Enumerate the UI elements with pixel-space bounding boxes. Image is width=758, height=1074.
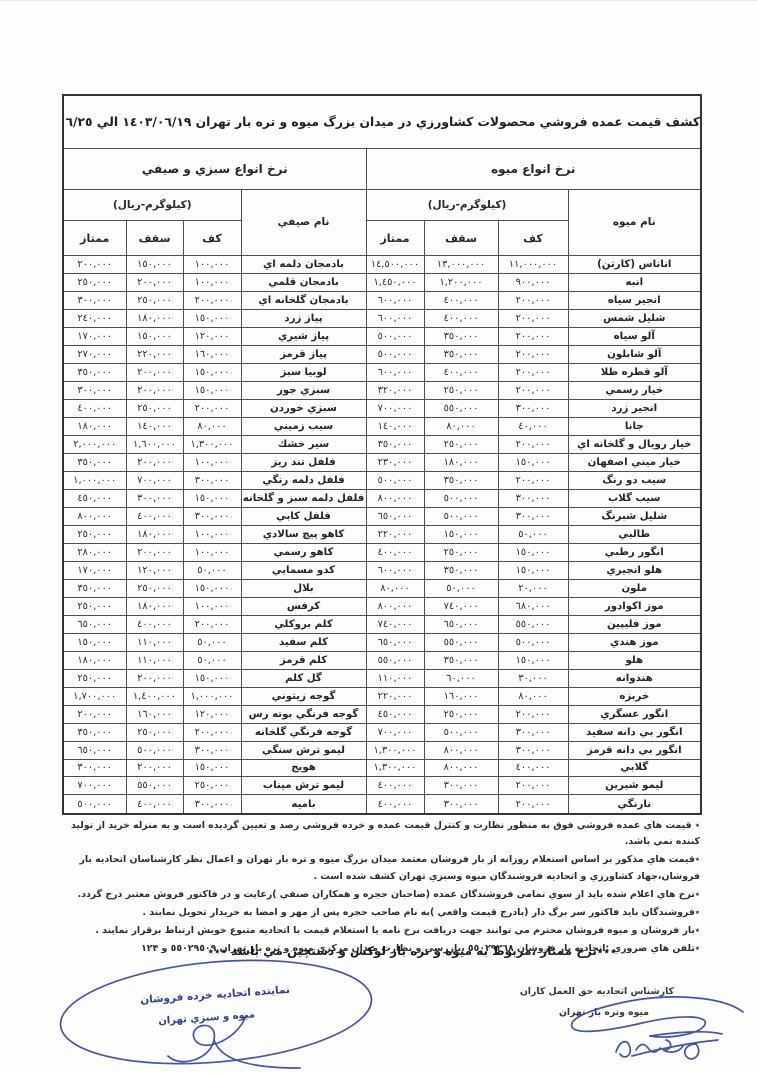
veg-ceiling-cell: ١٥٠,٠٠٠ — [126, 255, 183, 273]
price-row: آلو سياه٢٠٠,٠٠٠٣٥٠,٠٠٠٥٠٠,٠٠٠پياز شيري١٢… — [63, 327, 701, 345]
veg-premium-cell: ٣٥٠,٠٠٠ — [63, 453, 126, 471]
fruit-name-cell: جانا — [568, 417, 701, 435]
fruit-name-cell: موز اكوادور — [568, 597, 701, 615]
veg-name-cell: گوجه زيتوني — [241, 687, 366, 705]
fruit-ceiling-cell: ٥٠٠,٠٠٠ — [424, 507, 498, 525]
fruit-ceiling-cell: ٥٥٠,٠٠٠ — [424, 633, 498, 651]
fruit-name-cell: انگور بي دانه قرمز — [568, 741, 701, 759]
veg-ceiling-cell: ٧٠٠,٠٠٠ — [126, 471, 183, 489]
fruit-premium-cell: ٤٠٠,٠٠٠ — [366, 543, 424, 561]
fruit-name-cell: انگور رطبي — [568, 543, 701, 561]
fruit-name-cell: ليمو شيرين — [568, 777, 701, 795]
veg-ceiling-cell: ٢٠٠,٠٠٠ — [126, 381, 183, 399]
left-union-stamp: نماينده اتحاديه خرده فروشان ميوه و سبزي … — [48, 956, 384, 1074]
fruit-ceiling-cell: ٨٠٠,٠٠٠ — [424, 759, 498, 777]
veg-name-cell: بادمجان دلمه اي — [241, 255, 366, 273]
veg-premium-cell: ٢٤٠,٠٠٠ — [63, 309, 126, 327]
fruit-premium-cell: ١,٤٥٠,٠٠٠ — [366, 273, 424, 291]
veg-floor-cell: ١٦٠,٠٠٠ — [183, 345, 241, 363]
fruit-ceiling-cell: ٦٠,٠٠٠ — [424, 669, 498, 687]
fruit-floor-cell: ٥٥٠,٠٠٠ — [498, 615, 568, 633]
fruit-unit-label: (كيلوگرم-ريال) — [366, 189, 568, 220]
veg-floor-cell: ٥٠,٠٠٠ — [183, 651, 241, 669]
veg-ceiling-cell: ٢٥٠,٠٠٠ — [126, 399, 183, 417]
veg-premium-cell: ١٨٠,٠٠٠ — [63, 651, 126, 669]
veg-premium-cell: ٨٠٠,٠٠٠ — [63, 507, 126, 525]
veg-ceiling-cell: ٣٠٠,٠٠٠ — [126, 489, 183, 507]
fruit-ceiling-cell: ١٦٠,٠٠٠ — [424, 687, 498, 705]
fruit-premium-cell: ٦٠٠,٠٠٠ — [366, 309, 424, 327]
veg-floor-cell: ١٠٠,٠٠٠ — [183, 525, 241, 543]
fruit-name-cell: گلابي — [568, 759, 701, 777]
fruit-floor-cell: ٩٠٠,٠٠٠ — [498, 273, 568, 291]
fruit-floor-cell: ٣٠٠,٠٠٠ — [498, 489, 568, 507]
price-row: سيب گلاب٣٠٠,٠٠٠٥٠٠,٠٠٠٨٠٠,٠٠٠فلفل دلمه س… — [63, 489, 701, 507]
fruit-name-cell: هلو انجيري — [568, 561, 701, 579]
veg-premium-cell: ١,٠٠٠,٠٠٠ — [63, 471, 126, 489]
fruit-premium-cell: ٧٤٠,٠٠٠ — [366, 615, 424, 633]
fruit-ceiling-cell: ٣٥٠,٠٠٠ — [424, 651, 498, 669]
fruit-floor-cell: ٥٠,٠٠٠ — [498, 525, 568, 543]
fruit-floor-cell: ٢٠٠,٠٠٠ — [498, 327, 568, 345]
fruit-ceiling-cell: ٤٠٠,٠٠٠ — [424, 363, 498, 381]
fruit-ceiling-cell: ١٥٠,٠٠٠ — [424, 525, 498, 543]
price-row: آلو قطره طلا٢٠٠,٠٠٠٤٠٠,٠٠٠٦٠٠,٠٠٠لوبيا س… — [63, 363, 701, 381]
fruit-floor-cell: ٣٠٠,٠٠٠ — [498, 723, 568, 741]
footer-notes: ٭ قيمت هاي عمده فروشي فوق به منظور نظارت… — [56, 818, 700, 959]
veg-ceiling-cell: ١٦٠,٠٠٠ — [126, 705, 183, 723]
veg-premium-cell: ٦٥٠,٠٠٠ — [63, 615, 126, 633]
veg-floor-cell: ١٥٠,٠٠٠ — [183, 759, 241, 777]
fruit-ceiling-cell: ٨٠٠,٠٠٠ — [424, 741, 498, 759]
fruit-floor-cell: ٣٠٠,٠٠٠ — [498, 399, 568, 417]
fruit-name-header: نام ميوه — [568, 189, 701, 255]
fruit-ceiling-cell: ٢٥٠,٠٠٠ — [424, 543, 498, 561]
veg-floor-cell: ٢٠٠,٠٠٠ — [183, 399, 241, 417]
price-row: خيار رسمي٢٠٠,٠٠٠٢٥٠,٠٠٠٣٢٠,٠٠٠سبزي جور١٥… — [63, 381, 701, 399]
veg-ceiling-cell: ٢٠٠,٠٠٠ — [126, 669, 183, 687]
document-title: كشف قيمت عمده فروشي محصولات كشاورزي در م… — [63, 95, 701, 149]
veg-name-cell: بلال — [241, 579, 366, 597]
fruit-name-cell: آلو قطره طلا — [568, 363, 701, 381]
price-row: نارنگي٢٠٠,٠٠٠٣٠٠,٠٠٠٤٠٠,٠٠٠باميه٣٠٠,٠٠٠٤… — [63, 795, 701, 814]
fruit-ceiling-header: سقف — [424, 221, 498, 256]
veg-name-cell: ليمو ترش سنگي — [241, 741, 366, 759]
price-row: هلو١٥٠,٠٠٠٣٥٠,٠٠٠٥٥٠,٠٠٠كلم قرمز٥٠,٠٠٠١١… — [63, 651, 701, 669]
veg-name-cell: سيب زميني — [241, 417, 366, 435]
veg-floor-cell: ٥٠,٠٠٠ — [183, 633, 241, 651]
veg-ceiling-cell: ١٥٠,٠٠٠ — [126, 327, 183, 345]
price-row: جانا٤٠,٠٠٠٨٠,٠٠٠١٤٠,٠٠٠سيب زميني٨٠,٠٠٠١٤… — [63, 417, 701, 435]
fruit-name-cell: خيار رسمي — [568, 381, 701, 399]
veg-section-header: نرخ انواع سبزي و صيفي — [63, 149, 366, 189]
veg-ceiling-cell: ٢٠٠,٠٠٠ — [126, 273, 183, 291]
veg-ceiling-cell: ١١٠,٠٠٠ — [126, 651, 183, 669]
fruit-floor-cell: ١٥٠,٠٠٠ — [498, 543, 568, 561]
fruit-premium-cell: ١٤,٥٠٠,٠٠٠ — [366, 255, 424, 273]
fruit-premium-cell: ١,٣٠٠,٠٠٠ — [366, 759, 424, 777]
fruit-ceiling-cell: ١٨٠,٠٠٠ — [424, 453, 498, 471]
fruit-floor-cell: ١٥٠,٠٠٠ — [498, 561, 568, 579]
fruit-floor-cell: ٦٨٠,٠٠٠ — [498, 597, 568, 615]
veg-floor-header: كف — [183, 221, 241, 256]
veg-name-cell: فلفل دلمه رنگي — [241, 471, 366, 489]
fruit-floor-cell: ٢٠٠,٠٠٠ — [498, 345, 568, 363]
fruit-ceiling-cell: ٤٠٠,٠٠٠ — [424, 309, 498, 327]
veg-floor-cell: ٢٥٠,٠٠٠ — [183, 777, 241, 795]
veg-ceiling-cell: ٥٠٠,٠٠٠ — [126, 741, 183, 759]
fruit-name-cell: موز هندي — [568, 633, 701, 651]
veg-name-cell: بادمجان گلخانه اي — [241, 291, 366, 309]
scanned-price-sheet: كشف قيمت عمده فروشي محصولات كشاورزي در م… — [0, 0, 758, 1074]
fruit-premium-cell: ٤٥٠,٠٠٠ — [366, 705, 424, 723]
fruit-ceiling-cell: ٢٥٠,٠٠٠ — [424, 705, 498, 723]
stamp-text-line1: نماينده اتحاديه خرده فروشان — [140, 984, 291, 1006]
veg-premium-cell: ١٨٠,٠٠٠ — [63, 417, 126, 435]
fruit-floor-cell: ٨٠,٠٠٠ — [498, 687, 568, 705]
price-row: هندوانه٣٠,٠٠٠٦٠,٠٠٠١١٠,٠٠٠گل كلم١٥٠,٠٠٠٢… — [63, 669, 701, 687]
veg-name-cell: كلم قرمز — [241, 651, 366, 669]
veg-floor-cell: ١٥٠,٠٠٠ — [183, 669, 241, 687]
veg-unit-label: (كيلوگرم-ريال) — [63, 189, 241, 220]
veg-floor-cell: ١٠٠,٠٠٠ — [183, 543, 241, 561]
fruit-name-cell: شليل شمس — [568, 309, 701, 327]
fruit-name-cell: انگور بي دانه سفيد — [568, 723, 701, 741]
veg-premium-cell: ٣٥٠,٠٠٠ — [63, 579, 126, 597]
veg-name-cell: كاهو رسمي — [241, 543, 366, 561]
price-row: موز فليپين٥٥٠,٠٠٠٦٥٠,٠٠٠٧٤٠,٠٠٠كلم بروكل… — [63, 615, 701, 633]
fruit-premium-cell: ٨٠,٠٠٠ — [366, 579, 424, 597]
veg-name-cell: كرفس — [241, 597, 366, 615]
fruit-floor-cell: ٢٠٠,٠٠٠ — [498, 309, 568, 327]
scan-edge-artifact — [0, 0, 758, 1]
veg-ceiling-cell: ٢٥٠,٠٠٠ — [126, 723, 183, 741]
fruit-ceiling-cell: ٦٥٠,٠٠٠ — [424, 615, 498, 633]
fruit-name-cell: سيب گلاب — [568, 489, 701, 507]
price-table: كشف قيمت عمده فروشي محصولات كشاورزي در م… — [62, 94, 702, 815]
note: ٭ قيمت هاي عمده فروشي فوق به منظور نظارت… — [56, 818, 700, 850]
fruit-name-cell: انجير زرد — [568, 399, 701, 417]
veg-name-header: نام صيفي — [241, 189, 366, 255]
price-row: انجير سياه٢٠٠,٠٠٠٤٠٠,٠٠٠٦٠٠,٠٠٠بادمجان گ… — [63, 291, 701, 309]
veg-floor-cell: ١٥٠,٠٠٠ — [183, 381, 241, 399]
fruit-premium-cell: ٣٢٠,٠٠٠ — [366, 381, 424, 399]
veg-premium-header: ممتاز — [63, 221, 126, 256]
right-signature-scribble — [546, 990, 758, 1074]
fruit-floor-cell: ٢٠٠,٠٠٠ — [498, 795, 568, 814]
fruit-name-cell: نارنگي — [568, 795, 701, 814]
veg-ceiling-cell: ٢٠٠,٠٠٠ — [126, 759, 183, 777]
veg-premium-cell: ٢٥٠,٠٠٠ — [63, 273, 126, 291]
veg-name-cell: لوبيا سبز — [241, 363, 366, 381]
fruit-ceiling-cell: ٣٥٠,٠٠٠ — [424, 345, 498, 363]
veg-premium-cell: ٤٥٠,٠٠٠ — [63, 489, 126, 507]
veg-name-cell: فلفل تند ريز — [241, 453, 366, 471]
veg-floor-cell: ١٠٠,٠٠٠ — [183, 453, 241, 471]
veg-ceiling-cell: ١١٠,٠٠٠ — [126, 633, 183, 651]
fruit-ceiling-cell: ٧٤٠,٠٠٠ — [424, 597, 498, 615]
fruit-name-cell: انبه — [568, 273, 701, 291]
veg-name-cell: گوجه فرنگي بوته رس — [241, 705, 366, 723]
veg-ceiling-cell: ٢٠٠,٠٠٠ — [126, 543, 183, 561]
fruit-premium-cell: ٢٢٠,٠٠٠ — [366, 687, 424, 705]
fruit-name-cell: خيار رويال و گلخانه اي — [568, 435, 701, 453]
veg-floor-cell: ٢٠٠,٠٠٠ — [183, 723, 241, 741]
fruit-premium-cell: ٧٠٠,٠٠٠ — [366, 399, 424, 417]
veg-ceiling-cell: ١,٤٠٠,٠٠٠ — [126, 687, 183, 705]
price-row: آلو شابلون٢٠٠,٠٠٠٣٥٠,٠٠٠٥٠٠,٠٠٠پياز قرمز… — [63, 345, 701, 363]
veg-premium-cell: ١٧٠,٠٠٠ — [63, 561, 126, 579]
veg-ceiling-cell: ١,٦٠٠,٠٠٠ — [126, 435, 183, 453]
fruit-premium-cell: ٤٠٠,٠٠٠ — [366, 795, 424, 814]
veg-name-cell: بادمجان قلمي — [241, 273, 366, 291]
fruit-floor-cell: ٢٠٠,٠٠٠ — [498, 471, 568, 489]
price-row: انگور بي دانه سفيد٣٠٠,٠٠٠٥٠٠,٠٠٠٧٠٠,٠٠٠گ… — [63, 723, 701, 741]
veg-name-cell: سبزي جور — [241, 381, 366, 399]
veg-premium-cell: ١,٧٠٠,٠٠٠ — [63, 687, 126, 705]
veg-name-cell: ليمو ترش ميناب — [241, 777, 366, 795]
veg-ceiling-cell: ٤٠٠,٠٠٠ — [126, 507, 183, 525]
fruit-premium-cell: ٨٠٠,٠٠٠ — [366, 597, 424, 615]
price-row: سيب دو رنگ٢٠٠,٠٠٠٣٥٠,٠٠٠٥٠٠,٠٠٠فلفل دلمه… — [63, 471, 701, 489]
veg-premium-cell: ٣٥٠,٠٠٠ — [63, 723, 126, 741]
veg-floor-cell: ١,٣٠٠,٠٠٠ — [183, 435, 241, 453]
veg-floor-cell: ٣٠٠,٠٠٠ — [183, 795, 241, 814]
veg-premium-cell: ٥٠٠,٠٠٠ — [63, 795, 126, 814]
fruit-ceiling-cell: ٨٠,٠٠٠ — [424, 417, 498, 435]
fruit-ceiling-cell: ٢٥٠,٠٠٠ — [424, 381, 498, 399]
fruit-name-cell: اناناس (كارتن) — [568, 255, 701, 273]
price-row: طالبي٥٠,٠٠٠١٥٠,٠٠٠٢٢٠,٠٠٠كاهو پيچ سالادي… — [63, 525, 701, 543]
fruit-ceiling-cell: ٣٥٠,٠٠٠ — [424, 327, 498, 345]
veg-ceiling-cell: ٢٥٠,٠٠٠ — [126, 291, 183, 309]
fruit-floor-cell: ٢٠٠,٠٠٠ — [498, 777, 568, 795]
veg-name-cell: كدو مسمايي — [241, 561, 366, 579]
fruit-floor-cell: ٢٠٠,٠٠٠ — [498, 363, 568, 381]
fruit-floor-header: كف — [498, 221, 568, 256]
veg-floor-cell: ٣٠٠,٠٠٠ — [183, 741, 241, 759]
veg-name-cell: پياز شيري — [241, 327, 366, 345]
fruit-floor-cell: ٤٠,٠٠٠ — [498, 417, 568, 435]
veg-premium-cell: ٧٠٠,٠٠٠ — [63, 777, 126, 795]
fruit-floor-cell: ٣٠,٠٠٠ — [498, 669, 568, 687]
fruit-premium-cell: ٦٥٠,٠٠٠ — [366, 507, 424, 525]
veg-name-cell: پياز زرد — [241, 309, 366, 327]
fruit-ceiling-cell: ١,٢٠٠,٠٠٠ — [424, 273, 498, 291]
veg-name-cell: پياز قرمز — [241, 345, 366, 363]
fruit-premium-cell: ٥٠٠,٠٠٠ — [366, 471, 424, 489]
veg-premium-cell: ١٥٠,٠٠٠ — [63, 633, 126, 651]
price-row: انجير زرد٣٠٠,٠٠٠٥٥٠,٠٠٠٧٠٠,٠٠٠سبزي خوردن… — [63, 399, 701, 417]
fruit-name-cell: آلو شابلون — [568, 345, 701, 363]
veg-premium-cell: ٢٥٠,٠٠٠ — [63, 525, 126, 543]
veg-ceiling-cell: ١٢٠,٠٠٠ — [126, 561, 183, 579]
fruit-ceiling-cell: ٣٠٠,٠٠٠ — [424, 795, 498, 814]
veg-floor-cell: ١٢٠,٠٠٠ — [183, 327, 241, 345]
fruit-premium-cell: ٧٠٠,٠٠٠ — [366, 723, 424, 741]
fruit-premium-cell: ٥٥٠,٠٠٠ — [366, 651, 424, 669]
veg-premium-cell: ٣٠٠,٠٠٠ — [63, 759, 126, 777]
price-row: ملون٢٠,٠٠٠٥٠,٠٠٠٨٠,٠٠٠بلال١٥٠,٠٠٠٢٥٠,٠٠٠… — [63, 579, 701, 597]
veg-premium-cell: ٢٨٠,٠٠٠ — [63, 543, 126, 561]
price-row: انگور رطبي١٥٠,٠٠٠٢٥٠,٠٠٠٤٠٠,٠٠٠كاهو رسمي… — [63, 543, 701, 561]
veg-floor-cell: ١٥٠,٠٠٠ — [183, 309, 241, 327]
veg-ceiling-cell: ٢٥٠,٠٠٠ — [126, 579, 183, 597]
fruit-premium-cell: ٦٠٠,٠٠٠ — [366, 291, 424, 309]
veg-ceiling-cell: ١٤٠,٠٠٠ — [126, 417, 183, 435]
fruit-ceiling-cell: ٥٠٠,٠٠٠ — [424, 489, 498, 507]
fruit-section-header: نرخ انواع ميوه — [366, 149, 701, 189]
fruit-premium-cell: ٣٥٠,٠٠٠ — [366, 435, 424, 453]
note: ٭نرخ هاي اعلام شده بايد از سوي تمامي فرو… — [56, 887, 700, 903]
fruit-name-cell: موز فليپين — [568, 615, 701, 633]
fruit-ceiling-cell: ٥٠,٠٠٠ — [424, 579, 498, 597]
fruit-ceiling-cell: ٢٥٠,٠٠٠ — [424, 435, 498, 453]
fruit-premium-cell: ١٤٠,٠٠٠ — [366, 417, 424, 435]
note: ٭قيمت هاي مذكور بر اساس استعلام روزانه ا… — [56, 852, 700, 884]
fruit-ceiling-cell: ٣٠٠,٠٠٠ — [424, 777, 498, 795]
fruit-ceiling-cell: ٥٥٠,٠٠٠ — [424, 399, 498, 417]
fruit-floor-cell: ٢٠٠,٠٠٠ — [498, 705, 568, 723]
fruit-premium-cell: ٤٠٠,٠٠٠ — [366, 777, 424, 795]
veg-floor-cell: ١٥٠,٠٠٠ — [183, 489, 241, 507]
fruit-floor-cell: ١٥٠,٠٠٠ — [498, 651, 568, 669]
veg-floor-cell: ١٢٠,٠٠٠ — [183, 705, 241, 723]
veg-premium-cell: ٣٠٠,٠٠٠ — [63, 291, 126, 309]
unit-row: نام ميوه (كيلوگرم-ريال) نام صيفي (كيلوگر… — [63, 189, 701, 220]
fruit-ceiling-cell: ٥٠٠,٠٠٠ — [424, 723, 498, 741]
veg-ceiling-cell: ٤٠٠,٠٠٠ — [126, 615, 183, 633]
price-row: گلابي٤٠٠,٠٠٠٨٠٠,٠٠٠١,٣٠٠,٠٠٠هويج١٥٠,٠٠٠٢… — [63, 759, 701, 777]
veg-ceiling-header: سقف — [126, 221, 183, 256]
veg-premium-cell: ٢,٠٠٠,٠٠٠ — [63, 435, 126, 453]
veg-name-cell: سير خشك — [241, 435, 366, 453]
veg-floor-cell: ١٠٠,٠٠٠ — [183, 597, 241, 615]
veg-floor-cell: ١٠٠,٠٠٠ — [183, 255, 241, 273]
fruit-floor-cell: ٢٠,٠٠٠ — [498, 579, 568, 597]
veg-premium-cell: ١٧٠,٠٠٠ — [63, 327, 126, 345]
veg-floor-cell: ٢٠٠,٠٠٠ — [183, 615, 241, 633]
veg-name-cell: كلم بروكلي — [241, 615, 366, 633]
fruit-floor-cell: ٢٠٠,٠٠٠ — [498, 435, 568, 453]
veg-ceiling-cell: ١٨٠,٠٠٠ — [126, 309, 183, 327]
veg-ceiling-cell: ٢٠٠,٠٠٠ — [126, 363, 183, 381]
veg-floor-cell: ٣٠٠,٠٠٠ — [183, 507, 241, 525]
fruit-premium-header: ممتاز — [366, 221, 424, 256]
fruit-name-cell: آلو سياه — [568, 327, 701, 345]
veg-floor-cell: ١٥٠,٠٠٠ — [183, 363, 241, 381]
veg-floor-cell: ١٥٠,٠٠٠ — [183, 579, 241, 597]
fruit-name-cell: خيار ميني اصفهان — [568, 453, 701, 471]
veg-premium-cell: ٢٥٠,٠٠٠ — [63, 669, 126, 687]
veg-name-cell: كلم سفيد — [241, 633, 366, 651]
fruit-premium-cell: ٢٢٠,٠٠٠ — [366, 525, 424, 543]
veg-name-cell: كاهو پيچ سالادي — [241, 525, 366, 543]
veg-name-cell: گوجه فرنگي گلخانه — [241, 723, 366, 741]
fruit-name-cell: شليل شبرنگ — [568, 507, 701, 525]
veg-floor-cell: ٥٠,٠٠٠ — [183, 561, 241, 579]
fruit-name-cell: هلو — [568, 651, 701, 669]
veg-premium-cell: ٢٠٠,٠٠٠ — [63, 255, 126, 273]
veg-name-cell: گل كلم — [241, 669, 366, 687]
veg-floor-cell: ٨٠,٠٠٠ — [183, 417, 241, 435]
veg-floor-cell: ٣٠٠,٠٠٠ — [183, 471, 241, 489]
fruit-premium-cell: ٦٠٠,٠٠٠ — [366, 363, 424, 381]
fruit-premium-cell: ١,٣٠٠,٠٠٠ — [366, 741, 424, 759]
fruit-premium-cell: ٦٠٠,٠٠٠ — [366, 561, 424, 579]
veg-name-cell: فلفل دلمه سبز و گلخانه — [241, 489, 366, 507]
fruit-floor-cell: ٢٠٠,٠٠٠ — [498, 381, 568, 399]
veg-floor-cell: ١,٠٠٠,٠٠٠ — [183, 687, 241, 705]
table-title-row: كشف قيمت عمده فروشي محصولات كشاورزي در م… — [63, 95, 701, 149]
price-row: موز اكوادور٦٨٠,٠٠٠٧٤٠,٠٠٠٨٠٠,٠٠٠كرفس١٠٠,… — [63, 597, 701, 615]
fruit-premium-cell: ١١٠,٠٠٠ — [366, 669, 424, 687]
veg-ceiling-cell: ٤٠٠,٠٠٠ — [126, 795, 183, 814]
fruit-name-cell: انگور عسگري — [568, 705, 701, 723]
veg-name-cell: فلفل كابي — [241, 507, 366, 525]
veg-floor-cell: ٢٠٠,٠٠٠ — [183, 291, 241, 309]
fruit-name-cell: ملون — [568, 579, 701, 597]
veg-ceiling-cell: ٢٠٠,٠٠٠ — [126, 453, 183, 471]
note: ٭بار فروشان و ميوه فروشان محترم مي توانن… — [56, 923, 700, 939]
fruit-name-cell: طالبي — [568, 525, 701, 543]
price-row: انگور عسگري٢٠٠,٠٠٠٢٥٠,٠٠٠٤٥٠,٠٠٠گوجه فرن… — [63, 705, 701, 723]
fruit-premium-cell: ٥٠٠,٠٠٠ — [366, 327, 424, 345]
fruit-name-cell: سيب دو رنگ — [568, 471, 701, 489]
fruit-floor-cell: ٣٠٠,٠٠٠ — [498, 741, 568, 759]
fruit-name-cell: هندوانه — [568, 669, 701, 687]
veg-premium-cell: ٦٥٠,٠٠٠ — [63, 741, 126, 759]
fruit-floor-cell: ٤٠٠,٠٠٠ — [498, 759, 568, 777]
fruit-name-cell: خربزه — [568, 687, 701, 705]
veg-ceiling-cell: ٢٢٠,٠٠٠ — [126, 345, 183, 363]
veg-premium-cell: ٤٠٠,٠٠٠ — [63, 399, 126, 417]
veg-name-cell: سبزي خوردن — [241, 399, 366, 417]
veg-premium-cell: ٢٧٠,٠٠٠ — [63, 345, 126, 363]
price-row: خيار ميني اصفهان١٥٠,٠٠٠١٨٠,٠٠٠٢٣٠,٠٠٠فلف… — [63, 453, 701, 471]
fruit-premium-cell: ٨٠٠,٠٠٠ — [366, 489, 424, 507]
veg-ceiling-cell: ١٨٠,٠٠٠ — [126, 597, 183, 615]
fruit-ceiling-cell: ٣٥٠,٠٠٠ — [424, 471, 498, 489]
price-row: انگور بي دانه قرمز٣٠٠,٠٠٠٨٠٠,٠٠٠١,٣٠٠,٠٠… — [63, 741, 701, 759]
fruit-floor-cell: ٣٠٠,٠٠٠ — [498, 507, 568, 525]
veg-name-cell: هويج — [241, 759, 366, 777]
price-row: شليل شمس٢٠٠,٠٠٠٤٠٠,٠٠٠٦٠٠,٠٠٠پياز زرد١٥٠… — [63, 309, 701, 327]
section-header-row: نرخ انواع ميوه نرخ انواع سبزي و صيفي — [63, 149, 701, 189]
fruit-name-cell: انجير سياه — [568, 291, 701, 309]
price-row: موز هندي٥٠٠,٠٠٠٥٥٠,٠٠٠٦٥٠,٠٠٠كلم سفيد٥٠,… — [63, 633, 701, 651]
price-row: خيار رويال و گلخانه اي٢٠٠,٠٠٠٢٥٠,٠٠٠٣٥٠,… — [63, 435, 701, 453]
fruit-ceiling-cell: ٣٥٠,٠٠٠ — [424, 561, 498, 579]
fruit-floor-cell: ٢٠٠,٠٠٠ — [498, 291, 568, 309]
price-row: ليمو شيرين٢٠٠,٠٠٠٣٠٠,٠٠٠٤٠٠,٠٠٠ليمو ترش … — [63, 777, 701, 795]
fruit-premium-cell: ٢٣٠,٠٠٠ — [366, 453, 424, 471]
veg-premium-cell: ٢٠٠,٠٠٠ — [63, 705, 126, 723]
fruit-floor-cell: ١٥٠,٠٠٠ — [498, 453, 568, 471]
veg-name-cell: باميه — [241, 795, 366, 814]
veg-premium-cell: ٣٥٠,٠٠٠ — [63, 363, 126, 381]
price-rows-body: اناناس (كارتن)١١,٠٠٠,٠٠٠١٣,٠٠٠,٠٠٠١٤,٥٠٠… — [63, 255, 701, 814]
veg-premium-cell: ٣٠٠,٠٠٠ — [63, 381, 126, 399]
fruit-premium-cell: ٥٠٠,٠٠٠ — [366, 345, 424, 363]
note: ٭فروشندگان بايد فاكتور سر برگ دار (بادرج… — [56, 905, 700, 921]
fruit-floor-cell: ٥٠٠,٠٠٠ — [498, 633, 568, 651]
price-row: خربزه٨٠,٠٠٠١٦٠,٠٠٠٢٢٠,٠٠٠گوجه زيتوني١,٠٠… — [63, 687, 701, 705]
veg-ceiling-cell: ٥٥٠,٠٠٠ — [126, 777, 183, 795]
fruit-premium-cell: ٦٥٠,٠٠٠ — [366, 633, 424, 651]
fruit-ceiling-cell: ٤٠٠,٠٠٠ — [424, 291, 498, 309]
fruit-ceiling-cell: ١٣,٠٠٠,٠٠٠ — [424, 255, 498, 273]
